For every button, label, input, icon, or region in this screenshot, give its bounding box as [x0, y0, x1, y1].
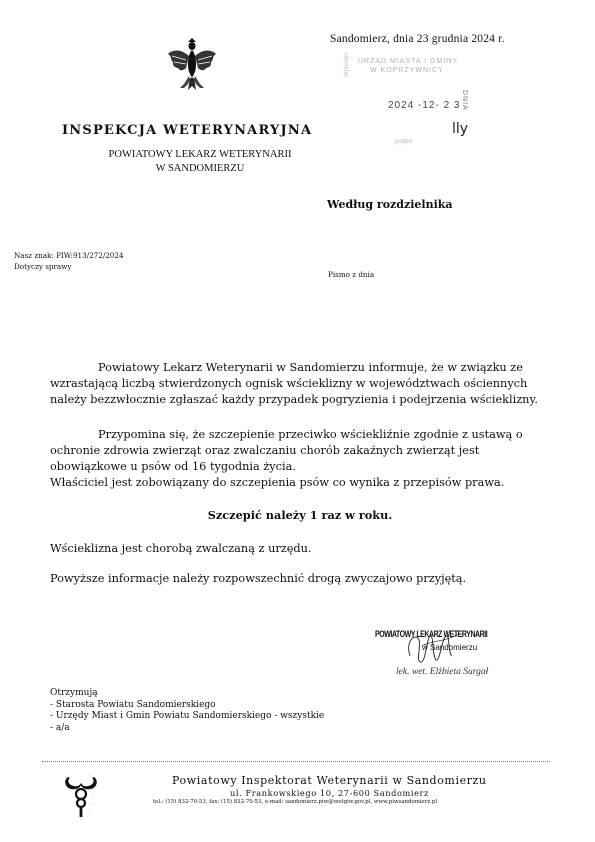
distribution-item: - Urzędy Miast i Gmin Powiatu Sandomiers… [50, 711, 324, 723]
body-paragraph-2-text: Przypomina się, że szczepienie przeciwko… [50, 428, 523, 473]
body-paragraph-4: Powyższe informacje należy rozpowszechni… [50, 571, 550, 587]
organization-subtitle: POWIATOWY LEKARZ WETERYNARII W SANDOMIER… [90, 148, 310, 176]
signature-block: POWIATOWY LEKARZ WETERYNARII w Sandomier… [372, 626, 532, 686]
organization-title: INSPEKCJA WETERYNARYJNA [62, 123, 312, 138]
organization-subtitle-line-1: POWIATOWY LEKARZ WETERYNARII [90, 148, 310, 162]
footer-address: ul. Frankowskiego 10, 27-600 Sandomierz [230, 788, 429, 798]
distribution-item: - Starosta Powiatu Sandomierskiego [50, 700, 324, 712]
reference-block: Nasz znak: PIW:913/272/2024 Dotyczy spra… [14, 250, 124, 272]
stamp-date: 2024 -12- 2 3 [388, 100, 461, 111]
stamp-received-label: Wpłynęło [344, 52, 350, 77]
body-paragraph-3: Wścieklizna jest chorobą zwalczaną z urz… [50, 541, 550, 557]
footer-contact-info: tel.: (15) 832-70-53, fax: (15) 832-70-5… [153, 799, 437, 805]
recipient: Według rozdzielnika [327, 198, 453, 211]
signatory-name: lek. wet. Elżbieta Surgał [396, 667, 488, 677]
stamp-office-line-2: W KOPRZYWNICY [370, 67, 444, 74]
emphasis-statement: Szczepić należy 1 raz w roku. [50, 508, 550, 522]
body-paragraph-2: Przypomina się, że szczepienie przeciwko… [50, 427, 550, 491]
distribution-list: Otrzymują - Starosta Powiatu Sandomiersk… [50, 688, 324, 734]
stamp-initials: lly [452, 121, 468, 137]
regarding-label: Dotyczy sprawy [14, 261, 124, 272]
organization-subtitle-line-2: W SANDOMIERZU [90, 162, 310, 176]
distribution-item: - a/a [50, 723, 324, 735]
veterinary-caduceus-logo-icon [62, 771, 100, 819]
footer-divider [42, 761, 550, 762]
body-paragraph-1: Powiatowy Lekarz Weterynarii w Sandomier… [50, 360, 550, 408]
stamp-bottom-label: podpis [395, 139, 413, 145]
place-and-date: Sandomierz, dnia 23 grudnia 2024 r. [330, 33, 505, 45]
stamp-office-line-1: URZĄD MIASTA I GMINY [358, 58, 458, 65]
footer-institution-name: Powiatowy Inspektorat Weterynarii w Sand… [172, 774, 487, 787]
stamp-side-label: DNIA [461, 90, 468, 111]
received-stamp: URZĄD MIASTA I GMINY W KOPRZYWNICY Wpłyn… [340, 55, 480, 150]
our-reference: Nasz znak: PIW:913/272/2024 [14, 250, 124, 261]
distribution-heading: Otrzymują [50, 688, 324, 700]
eagle-emblem-icon [164, 38, 220, 98]
body-paragraph-2b: Właściciel jest zobowiązany do szczepien… [50, 475, 550, 491]
handwritten-signature-icon [402, 626, 472, 671]
letter-of-date-label: Pismo z dnia [328, 270, 374, 279]
body-paragraph-1-text: Powiatowy Lekarz Weterynarii w Sandomier… [50, 361, 538, 406]
